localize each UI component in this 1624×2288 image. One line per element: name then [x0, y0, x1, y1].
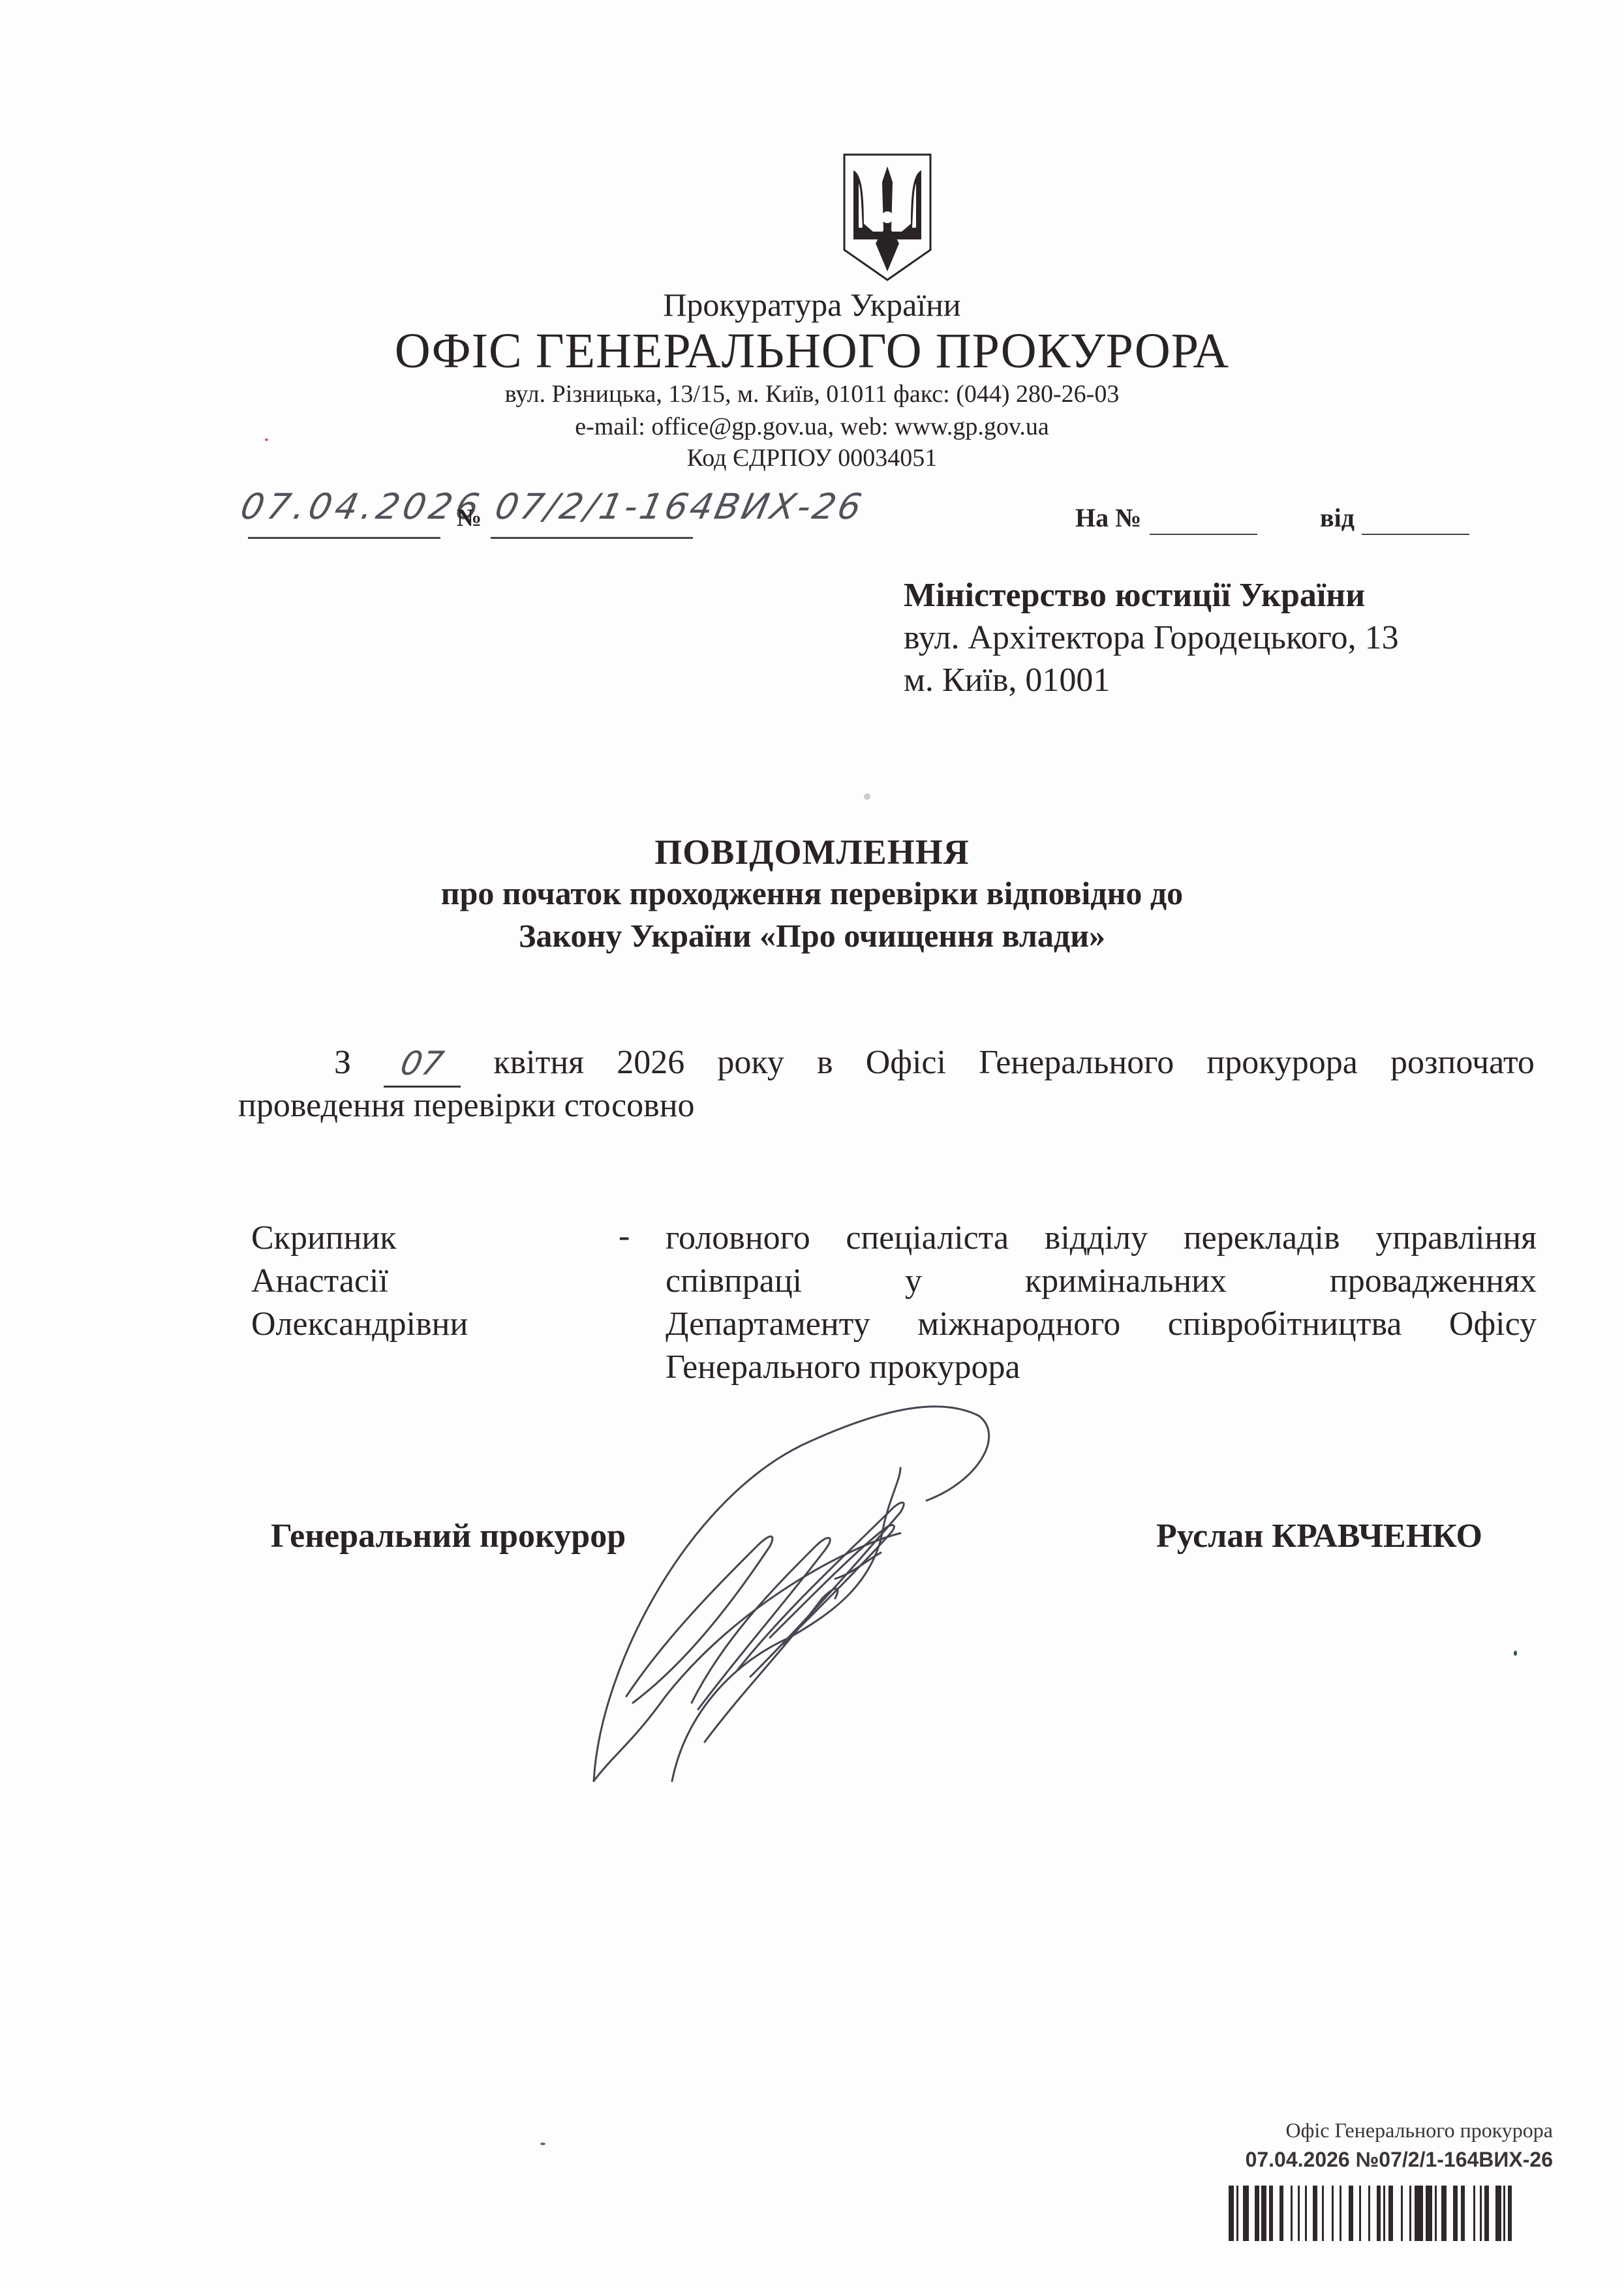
body-word: року — [717, 1041, 784, 1084]
position-line: Генерального прокурора — [666, 1346, 1537, 1389]
body-word: Генерального — [979, 1041, 1174, 1084]
from-label: від — [1320, 502, 1355, 533]
from-field — [1362, 534, 1469, 535]
number-label: № — [457, 504, 482, 532]
trident-coat-of-arms-icon — [842, 152, 933, 282]
recipient-city: м. Київ, 01001 — [904, 659, 1110, 702]
position-line: головного спеціаліста відділу перекладів… — [666, 1217, 1537, 1260]
office-name: ОФІС ГЕНЕРАЛЬНОГО ПРОКУРОРА — [0, 323, 1624, 379]
signer-role: Генеральний прокурор — [271, 1517, 626, 1555]
handwritten-signature-icon — [574, 1390, 1227, 1794]
document-subtitle-line1: про початок проходження перевірки відпов… — [0, 874, 1624, 912]
office-code: Код ЄДРПОУ 00034051 — [0, 442, 1624, 474]
person-surname: Скрипник — [251, 1217, 397, 1260]
barcode-icon — [1229, 2186, 1529, 2241]
reply-to-label: На № — [1075, 502, 1141, 533]
body-word: Офісі — [866, 1041, 946, 1084]
registration-date: 07.04.2026 — [237, 486, 487, 527]
position-line: Департаменту міжнародного співробітництв… — [666, 1303, 1537, 1346]
body-word: в — [817, 1041, 833, 1084]
number-underline — [491, 537, 693, 539]
day-handwritten: 07 — [397, 1042, 448, 1085]
body-word: 2026 — [617, 1041, 684, 1084]
office-address: вул. Різницька, 13/15, м. Київ, 01011 фа… — [0, 378, 1624, 410]
day-field: 07 — [384, 1042, 461, 1088]
scan-speck — [864, 793, 870, 800]
recipient-name: Міністерство юстиції України — [904, 574, 1365, 617]
person-first-name: Анастасії — [251, 1260, 388, 1303]
document-title: ПОВІДОМЛЕННЯ — [0, 832, 1624, 872]
body-paragraph-line1: З 07 квітня 2026 року в Офісі Генерально… — [334, 1041, 1535, 1086]
reply-to-field — [1150, 534, 1257, 535]
scan-speck — [540, 2143, 545, 2145]
signer-name: Руслан КРАВЧЕНКО — [1156, 1517, 1482, 1555]
body-word: прокурора — [1206, 1041, 1357, 1084]
document-subtitle-line2: Закону України «Про очищення влади» — [0, 917, 1624, 954]
date-underline — [248, 537, 440, 539]
body-word: квітня — [493, 1041, 584, 1084]
person-patronymic: Олександрівни — [251, 1303, 468, 1346]
separator-dash: - — [619, 1217, 630, 1255]
stamp-org: Офіс Генерального прокурора — [1227, 2117, 1553, 2143]
scan-speck — [1514, 1651, 1517, 1656]
scan-speck — [265, 438, 268, 441]
body-prefix: З — [334, 1041, 351, 1084]
office-contacts: e-mail: office@gp.gov.ua, web: www.gp.go… — [0, 411, 1624, 442]
stamp-registration: 07.04.2026 №07/2/1-164ВИХ-26 — [1227, 2146, 1553, 2173]
body-paragraph-line2: проведення перевірки стосовно — [238, 1084, 695, 1127]
position-line: співпраці у кримінальних провадженнях — [666, 1260, 1537, 1303]
agency-name: Прокуратура України — [0, 285, 1624, 324]
body-word: розпочато — [1390, 1041, 1535, 1084]
recipient-street: вул. Архітектора Городецького, 13 — [904, 617, 1399, 660]
registration-number: 07/2/1-164ВИХ-26 — [491, 486, 867, 527]
